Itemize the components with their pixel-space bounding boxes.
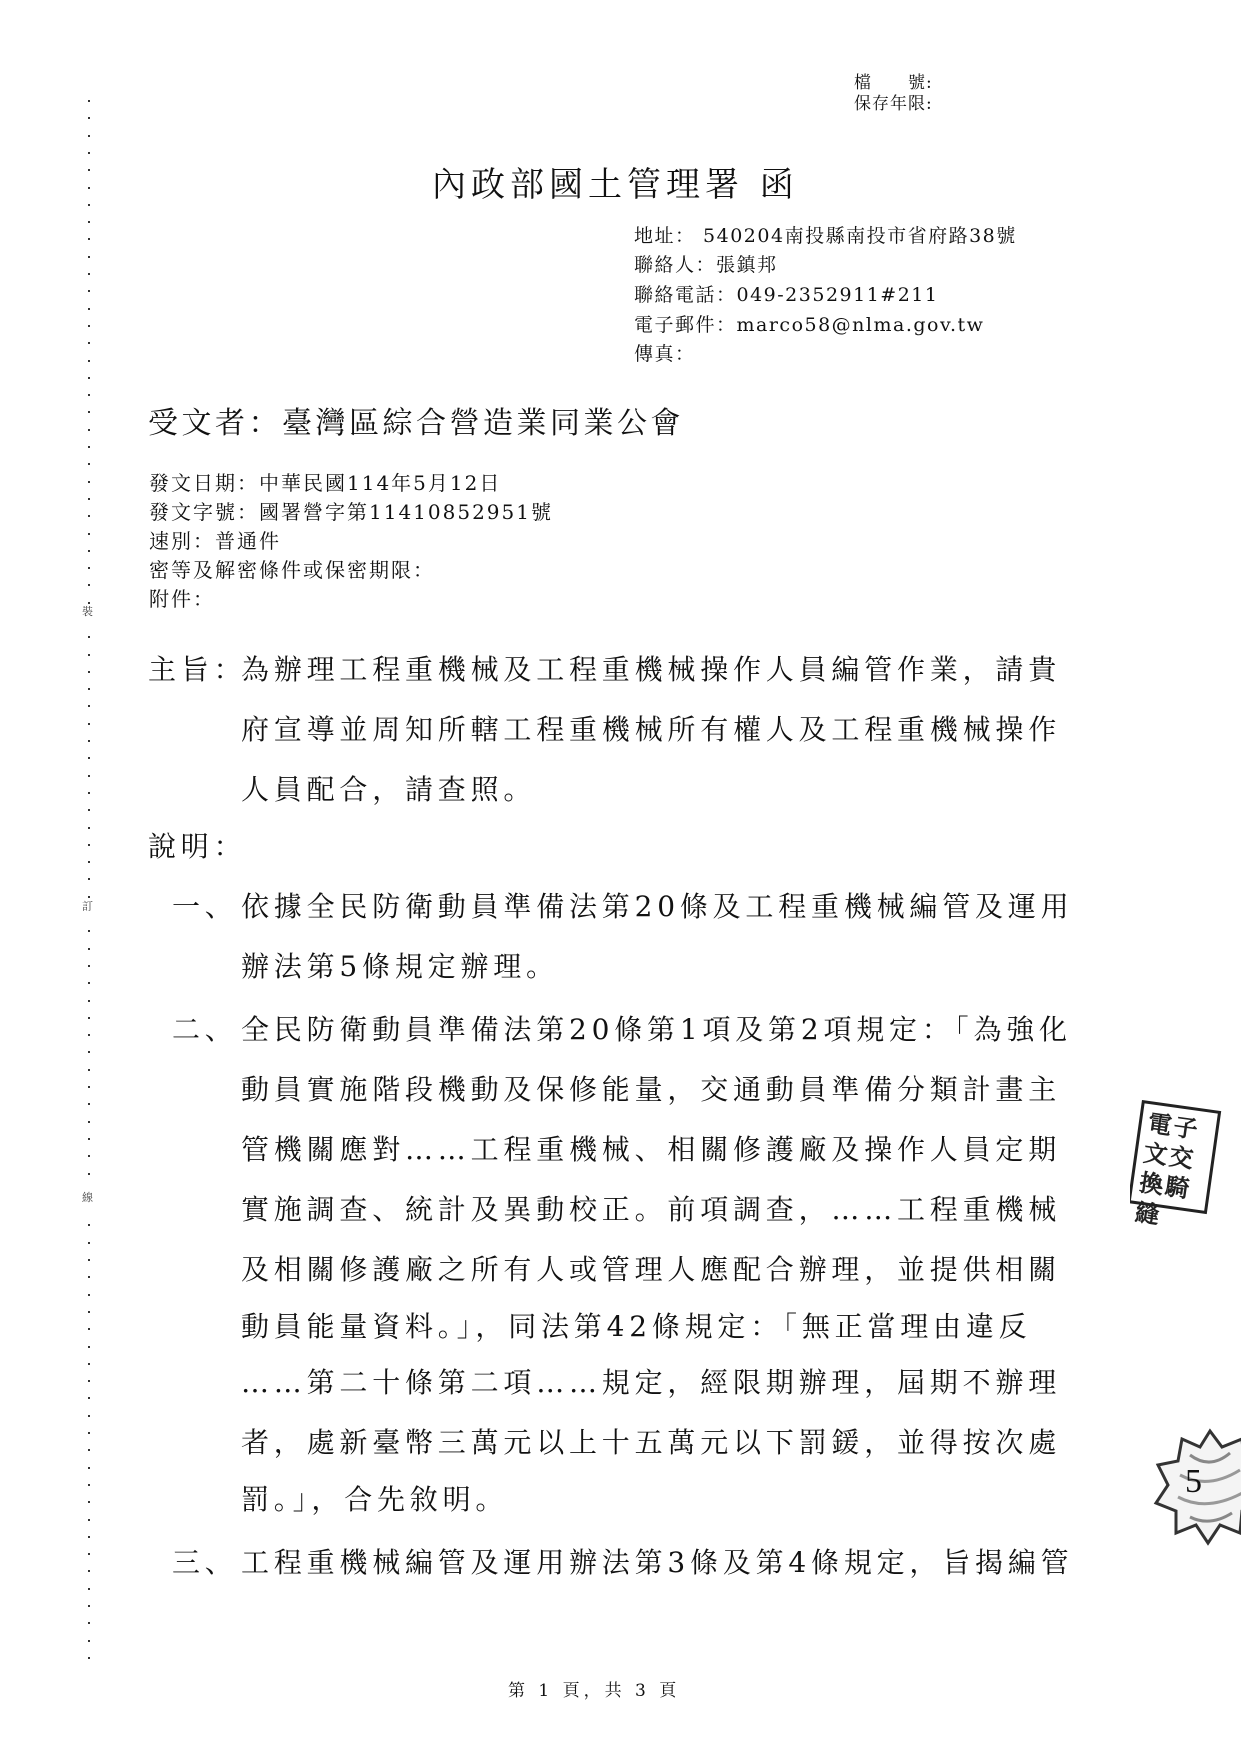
item-line: 動員實施階段機動及保修能量，交通動員準備分類計畫主	[241, 1070, 1061, 1110]
binding-line	[87, 0, 93, 1754]
explanation-label: 說明：	[148, 827, 246, 867]
binding-dot	[88, 948, 90, 950]
binding-dot	[88, 723, 90, 725]
binding-dot	[88, 238, 90, 240]
seam-stamp-text: 電子文交換騎縫	[1130, 1100, 1221, 1214]
binding-dot	[88, 117, 90, 119]
binding-dot	[88, 1363, 90, 1365]
binding-dot	[88, 1328, 90, 1330]
binding-dot	[88, 567, 90, 569]
binding-dot	[88, 1657, 90, 1659]
binding-dot	[88, 1605, 90, 1607]
binding-dot	[88, 1553, 90, 1555]
item-line: 工程重機械編管及運用辦法第3條及第4條規定，旨揭編管	[241, 1543, 1073, 1583]
document-number: 發文字號：國署營字第11410852951號	[149, 498, 553, 527]
binding-dot	[88, 308, 90, 310]
binding-dot	[88, 1173, 90, 1175]
document-title: 內政部國土管理署 函	[432, 163, 799, 207]
e-document-seam-stamp: 電子文交換騎縫	[1130, 1090, 1241, 1230]
item-line: 依據全民防衛動員準備法第20條及工程重機械編管及運用	[241, 887, 1073, 927]
binding-dot	[88, 1432, 90, 1434]
item-line: 全民防衛動員準備法第20條第1項及第2項規定：「為強化	[241, 1010, 1072, 1050]
binding-dot	[88, 1121, 90, 1123]
binding-dot	[88, 827, 90, 829]
attachment-label: 附件：	[149, 585, 215, 614]
binding-dot	[88, 446, 90, 448]
binding-dot	[88, 1034, 90, 1036]
binding-dot	[88, 844, 90, 846]
binding-dot	[88, 584, 90, 586]
binding-dot	[88, 481, 90, 483]
binding-dot	[88, 1484, 90, 1486]
binding-dot	[88, 152, 90, 154]
speed-class: 速別：普通件	[149, 527, 281, 556]
item-number: 三、	[172, 1543, 238, 1583]
binding-dot	[88, 169, 90, 171]
binding-dot	[88, 1069, 90, 1071]
binding-dot	[88, 602, 90, 604]
binding-dot	[88, 1467, 90, 1469]
binding-dot	[88, 394, 90, 396]
binding-dot	[88, 342, 90, 344]
binding-mark-xian: 線	[82, 1192, 93, 1204]
binding-dot	[88, 377, 90, 379]
binding-dot	[88, 1519, 90, 1521]
binding-dot	[88, 1276, 90, 1278]
item-line: 罰。」，合先敘明。	[241, 1480, 508, 1520]
seal-stamp: 5	[1130, 1425, 1241, 1555]
binding-dot	[88, 533, 90, 535]
binding-dot	[88, 1017, 90, 1019]
binding-mark-ding: 訂	[82, 901, 93, 913]
binding-dot	[88, 809, 90, 811]
item-line: 及相關修護廠之所有人或管理人應配合辦理，並提供相關	[241, 1250, 1061, 1290]
binding-dot	[88, 1224, 90, 1226]
item-line: 管機關應對……工程重機械、相關修護廠及操作人員定期	[241, 1130, 1061, 1170]
page-indicator: 第 1 頁，共 3 頁	[508, 1680, 680, 1702]
binding-dot	[88, 1449, 90, 1451]
binding-dot	[88, 515, 90, 517]
retention-period-label: 保存年限:	[854, 93, 933, 115]
binding-dot	[88, 429, 90, 431]
binding-dot	[88, 221, 90, 223]
file-number-label: 檔 號:	[854, 72, 933, 94]
binding-dot	[88, 878, 90, 880]
binding-mark-zhuang: 裝	[82, 606, 93, 618]
binding-dot	[88, 982, 90, 984]
binding-dot	[88, 705, 90, 707]
item-line: 動員能量資料。」，同法第42條規定：「無正當理由違反	[241, 1307, 1031, 1347]
subject-line: 府宣導並周知所轄工程重機械所有權人及工程重機械操作	[241, 710, 1061, 750]
subject-line: 為辦理工程重機械及工程重機械操作人員編管作業，請貴	[241, 650, 1061, 690]
binding-dot	[88, 636, 90, 638]
binding-dot	[88, 135, 90, 137]
binding-dot	[88, 1588, 90, 1590]
sender-phone: 聯絡電話：049-2352911#211	[634, 281, 939, 310]
sender-fax: 傳真：	[634, 340, 696, 369]
binding-dot	[88, 273, 90, 275]
binding-dot	[88, 688, 90, 690]
binding-dot	[88, 1622, 90, 1624]
seal-number: 5	[1185, 1463, 1202, 1501]
binding-dot	[88, 1397, 90, 1399]
item-line: 辦法第5條規定辦理。	[241, 947, 559, 987]
binding-dot	[88, 325, 90, 327]
binding-dot	[88, 1570, 90, 1572]
item-line: 者，處新臺幣三萬元以上十五萬元以下罰鍰，並得按次處	[241, 1423, 1061, 1463]
binding-dot	[88, 671, 90, 673]
binding-dot	[88, 1103, 90, 1105]
item-number: 一、	[172, 887, 238, 927]
binding-dot	[88, 930, 90, 932]
binding-dot	[88, 654, 90, 656]
recipient: 受文者：臺灣區綜合營造業同業公會	[148, 404, 684, 444]
binding-dot	[88, 1242, 90, 1244]
binding-dot	[88, 1415, 90, 1417]
subject-label: 主旨：	[148, 650, 246, 690]
binding-dot	[88, 360, 90, 362]
secrecy-level: 密等及解密條件或保密期限：	[149, 556, 435, 585]
item-line: 實施調查、統計及異動校正。前項調查，……工程重機械	[241, 1190, 1061, 1230]
binding-dot	[88, 1051, 90, 1053]
binding-dot	[88, 1311, 90, 1313]
binding-dot	[88, 187, 90, 189]
binding-dot	[88, 204, 90, 206]
binding-dot	[88, 861, 90, 863]
binding-dot	[88, 256, 90, 258]
binding-dot	[88, 1380, 90, 1382]
binding-dot	[88, 792, 90, 794]
sender-email: 電子郵件：marco58@nlma.gov.tw	[634, 311, 984, 340]
issue-date: 發文日期：中華民國114年5月12日	[149, 469, 501, 498]
binding-dot	[88, 498, 90, 500]
binding-dot	[88, 1000, 90, 1002]
item-number: 二、	[172, 1010, 238, 1050]
binding-dot	[88, 290, 90, 292]
binding-dot	[88, 896, 90, 898]
binding-dot	[88, 411, 90, 413]
sender-address: 地址： 540204南投縣南投市省府路38號	[634, 222, 1017, 251]
subject-line: 人員配合，請查照。	[241, 770, 536, 810]
binding-dot	[88, 1346, 90, 1348]
binding-dot	[88, 1138, 90, 1140]
binding-dot	[88, 463, 90, 465]
sender-contact: 聯絡人：張鎮邦	[634, 251, 778, 280]
binding-dot	[88, 100, 90, 102]
binding-dot	[88, 550, 90, 552]
binding-dot	[88, 1640, 90, 1642]
binding-dot	[88, 1259, 90, 1261]
binding-dot	[88, 1294, 90, 1296]
binding-dot	[88, 775, 90, 777]
binding-dot	[88, 965, 90, 967]
binding-dot	[88, 740, 90, 742]
binding-dot	[88, 757, 90, 759]
binding-dot	[88, 1155, 90, 1157]
binding-dot	[88, 1501, 90, 1503]
binding-dot	[88, 1086, 90, 1088]
item-line: ……第二十條第二項……規定，經限期辦理，屆期不辦理	[241, 1363, 1061, 1403]
binding-dot	[88, 1536, 90, 1538]
